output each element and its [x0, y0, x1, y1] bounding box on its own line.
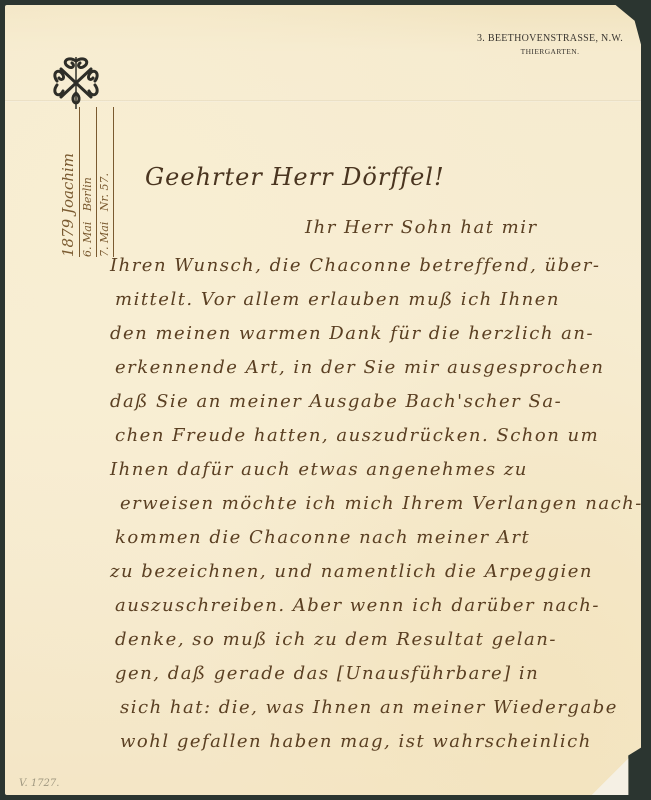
body-line: sich hat: die, was Ihnen an meiner Wiede… [120, 697, 618, 718]
body-line: mittelt. Vor allem erlauben muß ich Ihne… [115, 289, 560, 310]
body-line: denke, so muß ich zu dem Resultat gelan- [115, 629, 557, 650]
body-line: kommen die Chaconne nach meiner Art [115, 527, 530, 548]
body-line: Ihnen dafür auch etwas angenehmes zu [110, 459, 528, 480]
body-line: daß Sie an meiner Ausgabe Bach'scher Sa- [110, 391, 562, 412]
received-date: 6. Mai [81, 222, 94, 257]
body-line: Ihr Herr Sohn hat mir [305, 217, 538, 238]
letterhead-address: 3. BEETHOVENSTRASSE, N.W. [477, 33, 623, 44]
letterhead: 3. BEETHOVENSTRASSE, N.W. THIERGARTEN. [477, 33, 623, 56]
salutation: Geehrter Herr Dörffel! [145, 163, 445, 191]
body-line: den meinen warmen Dank für die herzlich … [110, 323, 594, 344]
body-line: erkennende Art, in der Sie mir ausgespro… [115, 357, 604, 378]
body-line: zu bezeichnen, und namentlich die Arpegg… [110, 561, 593, 582]
margin-received-date: 6. Mai Berlin [80, 107, 97, 257]
letterhead-district: THIERGARTEN. [477, 47, 623, 56]
body-line: chen Freude hatten, auszudrücken. Schon … [115, 425, 599, 446]
body-line: auszuschreiben. Aber wenn ich darüber na… [115, 595, 600, 616]
letter-page: 3. BEETHOVENSTRASSE, N.W. THIERGARTEN. 1… [5, 5, 641, 795]
place: Berlin [81, 177, 94, 211]
body-line: gen, daß gerade das [Unausführbare] in [115, 663, 539, 684]
body-line: wohl gefallen haben mag, ist wahrscheinl… [120, 731, 592, 752]
archive-mark: V. 1727. [19, 778, 59, 789]
margin-year-name: 1879 Joachim [57, 107, 80, 257]
body-line: erweisen möchte ich mich Ihrem Verlangen… [120, 493, 643, 514]
four-leaf-scroll-ornament-icon [49, 53, 103, 109]
body-line: Ihren Wunsch, die Chaconne betreffend, ü… [110, 255, 600, 276]
answered-date: 7. Mai [98, 222, 111, 257]
margin-annotation: 1879 Joachim 6. Mai Berlin 7. Mai Nr. 57… [57, 107, 114, 257]
letter-number: Nr. 57. [98, 173, 111, 211]
margin-answered-date: 7. Mai Nr. 57. [97, 107, 114, 257]
torn-corner [587, 755, 637, 795]
